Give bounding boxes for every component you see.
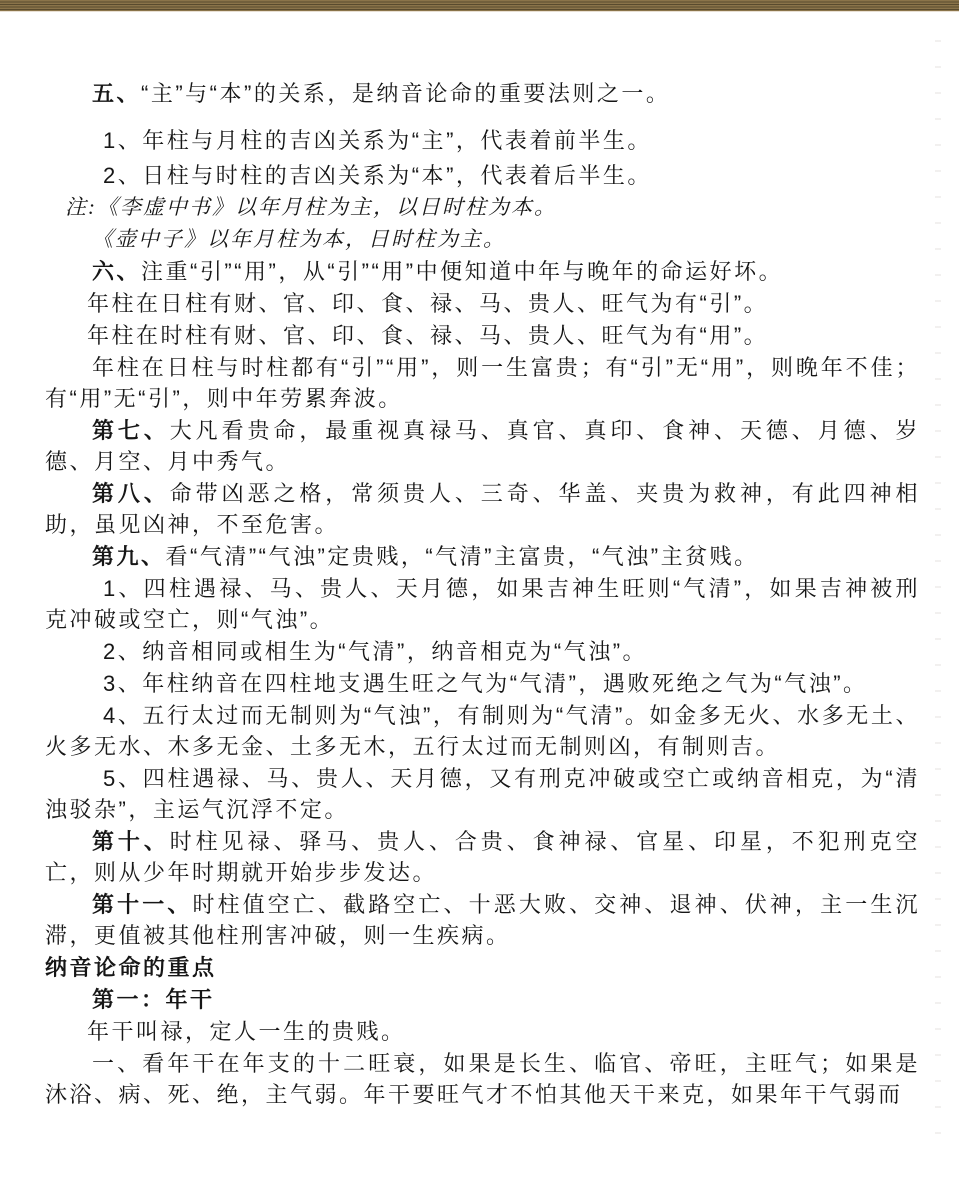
rule-ten-text: 时柱见禄、驿马、贵人、合贵、食神禄、官星、印星，不犯刑克空亡，则从少年时期就开始… <box>45 829 920 885</box>
rule-nine-item-1-text: 1、四柱遇禄、马、贵人、天月德，如果吉神生旺则“气清”，如果吉神被刑克冲破或空亡… <box>45 576 920 632</box>
rule-nine-item-5-text: 5、四柱遇禄、马、贵人、天月德，又有刑克冲破或空亡或纳音相克，为“清浊驳杂”，主… <box>45 766 920 822</box>
rule-ten-number: 第十、 <box>92 829 170 854</box>
para-rule-nine: 第九、看“气清”“气浊”定贵贱，“气清”主富贵，“气浊”主贫贱。 <box>45 541 920 572</box>
subheading-first-text: 第一：年干 <box>92 987 215 1012</box>
para-rule-six-yin: 年柱在日柱有财、官、印、食、禄、马、贵人、旺气为有“引”。 <box>45 288 920 319</box>
para-rule-six-yong: 年柱在时柱有财、官、印、食、禄、马、贵人、旺气为有“用”。 <box>45 320 920 351</box>
para-note-li-xuzhong: 注:《李虚中书》以年月柱为主，以日时柱为本。 <box>45 192 920 223</box>
para-rule-nine-item-2: 2、纳音相同或相生为“气清”，纳音相克为“气浊”。 <box>45 636 920 667</box>
rule-nine-item-3-text: 3、年柱纳音在四柱地支遇生旺之气为“气清”，遇败死绝之气为“气浊”。 <box>103 671 868 696</box>
para-note-hu-zhongzi: 《壶中子》以年月柱为本，日时柱为主。 <box>45 224 920 255</box>
para-rule-five-item-2: 2、日柱与时柱的吉凶关系为“本”，代表着后半生。 <box>45 160 920 191</box>
rule-seven-number: 第七、 <box>92 418 170 443</box>
rule-five-number: 五、 <box>92 81 141 106</box>
rule-eleven-number: 第十一、 <box>92 892 192 917</box>
year-stem-strength-text: 一、看年干在年支的十二旺衰，如果是长生、临官、帝旺，主旺气；如果是沐浴、病、死、… <box>45 1051 920 1107</box>
para-rule-nine-item-3: 3、年柱纳音在四柱地支遇生旺之气为“气清”，遇败死绝之气为“气浊”。 <box>45 668 920 699</box>
decorative-top-stripe-bar <box>0 0 959 12</box>
rule-nine-item-2-text: 2、纳音相同或相生为“气清”，纳音相克为“气浊”。 <box>103 639 647 664</box>
section-heading-text: 纳音论命的重点 <box>45 955 217 980</box>
note-li-xuzhong-text: 注:《李虚中书》以年月柱为主，以日时柱为本。 <box>65 195 557 219</box>
rule-five-text: “主”与“本”的关系，是纳音论命的重要法则之一。 <box>141 81 670 106</box>
year-stem-lu-text: 年干叫禄，定人一生的贵贱。 <box>87 1019 406 1044</box>
rule-nine-text: 看“气清”“气浊”定贵贱，“气清”主富贵，“气浊”主贫贱。 <box>166 544 759 569</box>
rule-five-item-1-text: 1、年柱与月柱的吉凶关系为“主”，代表着前半生。 <box>103 128 652 153</box>
page-body: 五、“主”与“本”的关系，是纳音论命的重要法则之一。 1、年柱与月柱的吉凶关系为… <box>0 12 959 1110</box>
para-rule-nine-item-5: 5、四柱遇禄、马、贵人、天月德，又有刑克冲破或空亡或纳音相克，为“清浊驳杂”，主… <box>45 763 920 825</box>
rule-six-text: 注重“引”“用”，从“引”“用”中便知道中年与晚年的命运好坏。 <box>141 259 783 284</box>
para-rule-six: 六、注重“引”“用”，从“引”“用”中便知道中年与晚年的命运好坏。 <box>45 256 920 287</box>
rule-nine-number: 第九、 <box>92 544 166 569</box>
rule-eight-number: 第八、 <box>92 481 170 506</box>
para-rule-six-both: 年柱在日柱与时柱都有“引”“用”，则一生富贵；有“引”无“用”，则晚年不佳；有“… <box>45 352 920 414</box>
rule-five-item-2-text: 2、日柱与时柱的吉凶关系为“本”，代表着后半生。 <box>103 163 652 188</box>
para-rule-nine-item-1: 1、四柱遇禄、马、贵人、天月德，如果吉神生旺则“气清”，如果吉神被刑克冲破或空亡… <box>45 573 920 635</box>
rule-six-yin-text: 年柱在日柱有财、官、印、食、禄、马、贵人、旺气为有“引”。 <box>87 291 768 316</box>
rule-nine-item-4-text: 4、五行太过而无制则为“气浊”，有制则为“气清”。如金多无火、水多无土、火多无水… <box>45 703 920 759</box>
para-rule-five-item-1: 1、年柱与月柱的吉凶关系为“主”，代表着前半生。 <box>45 125 920 156</box>
para-rule-nine-item-4: 4、五行太过而无制则为“气浊”，有制则为“气清”。如金多无火、水多无土、火多无水… <box>45 700 920 762</box>
rule-seven-text: 大凡看贵命，最重视真禄马、真官、真印、食神、天德、月德、岁德、月空、月中秀气。 <box>45 418 920 474</box>
para-rule-five: 五、“主”与“本”的关系，是纳音论命的重要法则之一。 <box>45 78 920 109</box>
para-year-stem-lu: 年干叫禄，定人一生的贵贱。 <box>45 1016 920 1047</box>
para-year-stem-strength: 一、看年干在年支的十二旺衰，如果是长生、临官、帝旺，主旺气；如果是沐浴、病、死、… <box>45 1048 920 1110</box>
rule-eight-text: 命带凶恶之格，常须贵人、三奇、华盖、夹贵为救神，有此四神相助，虽见凶神，不至危害… <box>45 481 920 537</box>
para-rule-eleven: 第十一、时柱值空亡、截路空亡、十恶大败、交神、退神、伏神，主一生沉滞，更值被其他… <box>45 889 920 951</box>
rule-six-both-text: 年柱在日柱与时柱都有“引”“用”，则一生富贵；有“引”无“用”，则晚年不佳；有“… <box>45 355 920 411</box>
rule-six-yong-text: 年柱在时柱有财、官、印、食、禄、马、贵人、旺气为有“用”。 <box>87 323 768 348</box>
para-rule-seven: 第七、大凡看贵命，最重视真禄马、真官、真印、食神、天德、月德、岁德、月空、月中秀… <box>45 415 920 477</box>
section-heading-nayin-keypoints: 纳音论命的重点 <box>45 952 920 983</box>
para-rule-eight: 第八、命带凶恶之格，常须贵人、三奇、华盖、夹贵为救神，有此四神相助，虽见凶神，不… <box>45 478 920 540</box>
subheading-first-year-stem: 第一：年干 <box>45 984 920 1015</box>
note-hu-zhongzi-text: 《壶中子》以年月柱为本，日时柱为主。 <box>92 227 506 251</box>
para-rule-ten: 第十、时柱见禄、驿马、贵人、合贵、食神禄、官星、印星，不犯刑克空亡，则从少年时期… <box>45 826 920 888</box>
rule-six-number: 六、 <box>92 259 141 284</box>
